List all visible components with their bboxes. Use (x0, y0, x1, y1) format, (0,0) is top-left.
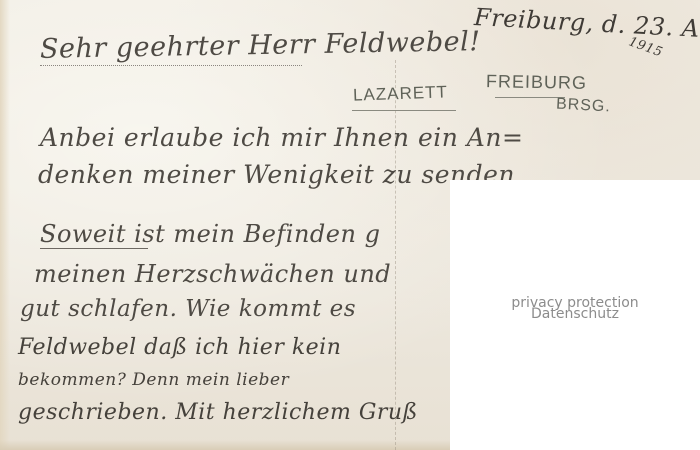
freiburg-stamp: FREIBURG (486, 71, 587, 94)
letter-line: Soweit ist mein Befinden g (40, 220, 380, 248)
salutation-underline (40, 65, 302, 66)
letter-line: bekommen? Denn mein lieber (18, 370, 289, 390)
lazarett-stamp: LAZARETT (353, 82, 449, 105)
letter-line: meinen Herzschwächen und (34, 260, 391, 288)
postcard: Freiburg, d. 23. Aug. 1915 Sehr geehrter… (0, 0, 700, 450)
letter-line: gut schlafen. Wie kommt es (20, 296, 356, 322)
line-underline (40, 248, 148, 249)
letter-line: Feldwebel daß ich hier kein (18, 335, 341, 360)
salutation: Sehr geehrter Herr Feldwebel! (40, 26, 481, 65)
brsg-stamp: BRSG. (556, 96, 612, 117)
place-date: Freiburg, d. 23. Aug. (473, 3, 700, 45)
letter-line: geschrieben. Mit herzlichem Gruß (18, 400, 418, 425)
datenschutz-text: Datenschutz (450, 307, 700, 321)
letter-line: Anbei erlaube ich mir Ihnen ein An= (40, 123, 523, 152)
lazarett-underline (352, 110, 456, 111)
privacy-overlay: privacy protection Datenschutz (450, 180, 700, 450)
fold-crease (395, 60, 396, 450)
paper-edge-left (0, 0, 10, 450)
freiburg-underline (495, 97, 565, 98)
